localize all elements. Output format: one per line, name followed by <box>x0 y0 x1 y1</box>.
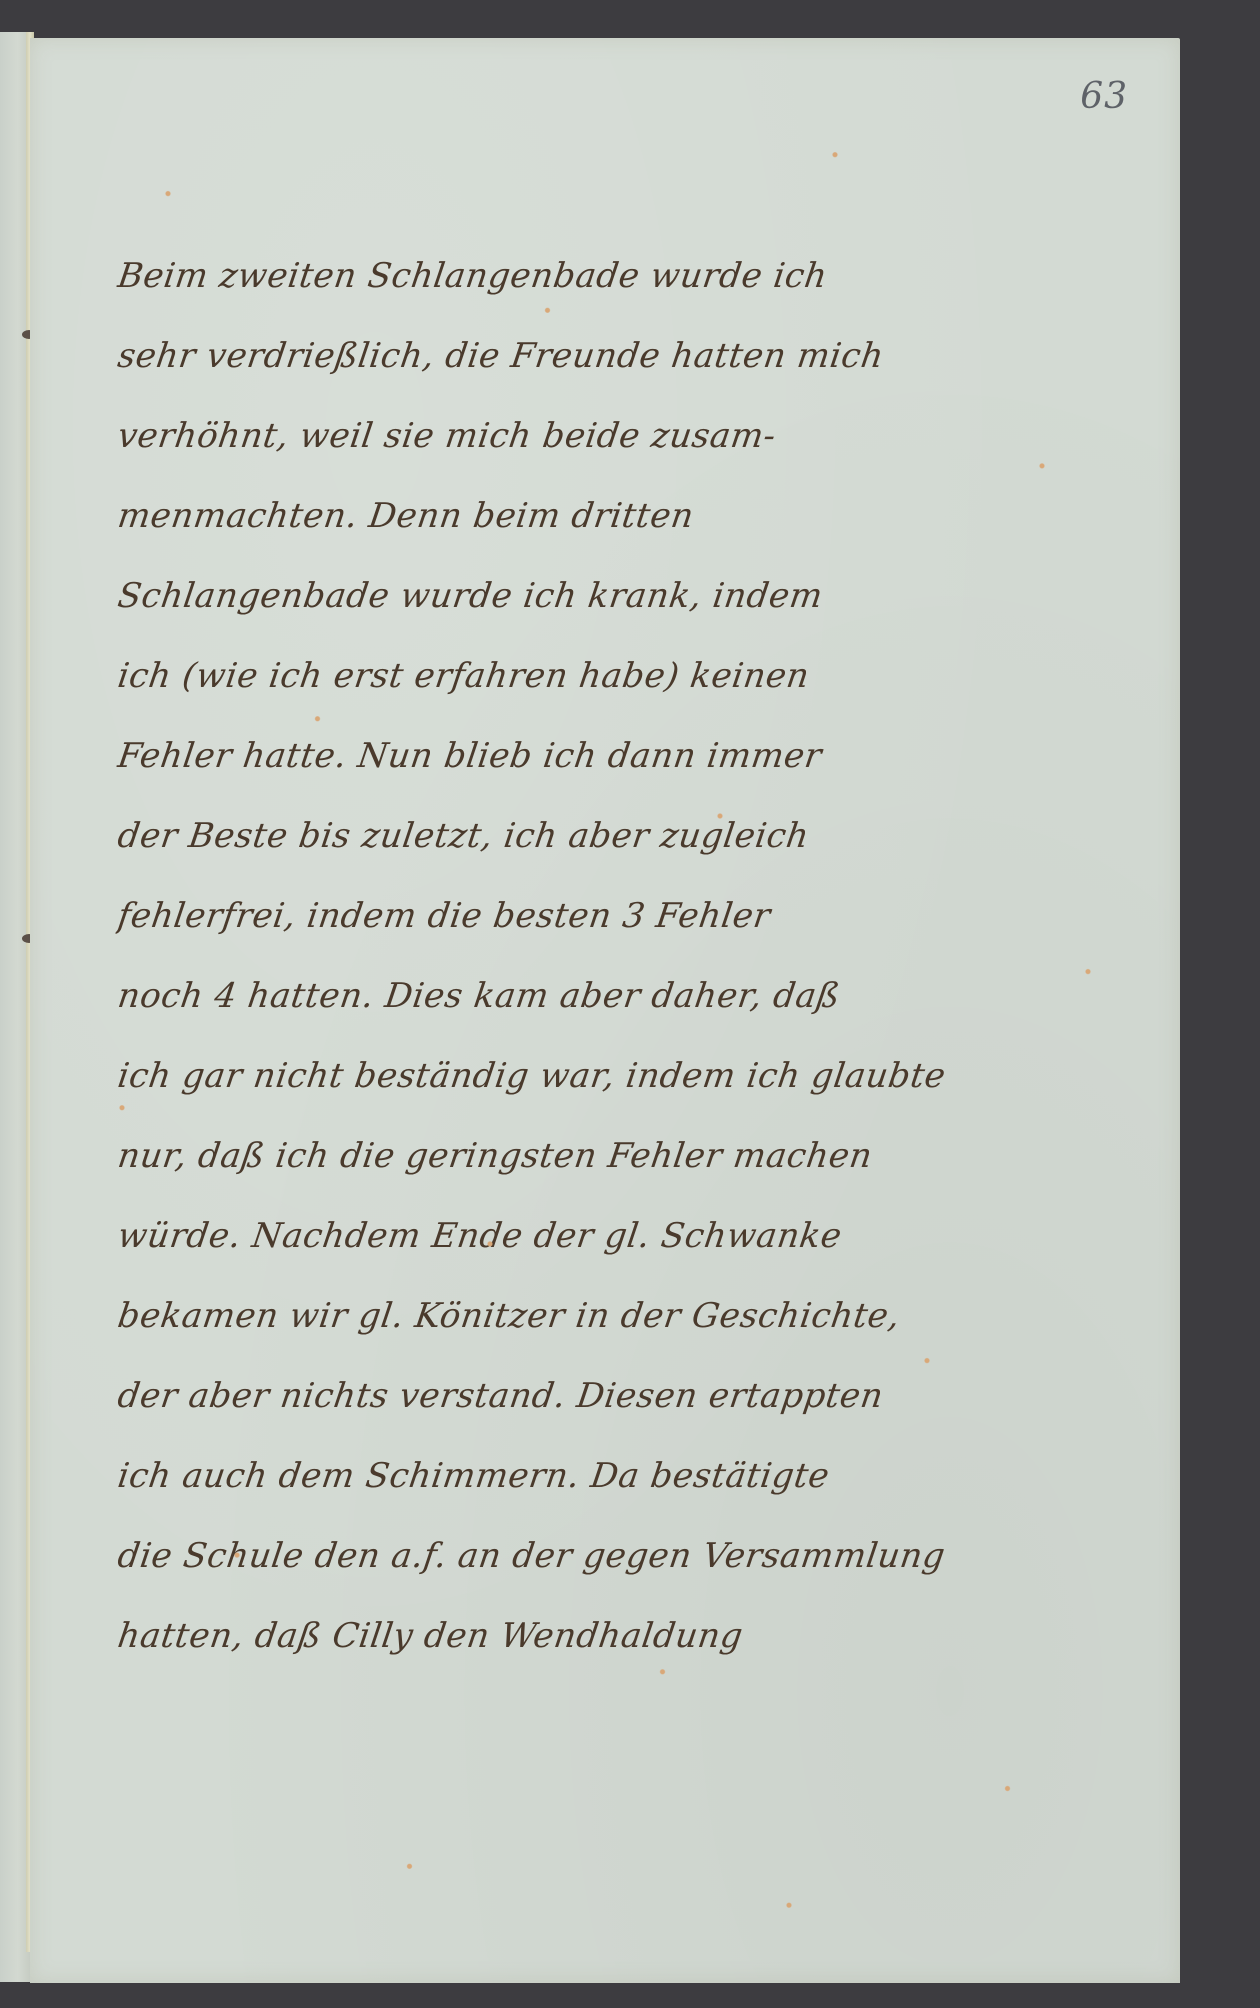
manuscript-line: sehr verdrießlich, die Freunde hatten mi… <box>112 316 1003 396</box>
manuscript-line: ich (wie ich erst erfahren habe) keinen <box>112 636 1003 716</box>
manuscript-line: der aber nichts verstand. Diesen ertappt… <box>112 1356 1003 1436</box>
page-number: 63 <box>1080 76 1128 117</box>
manuscript-line: ich gar nicht beständig war, indem ich g… <box>112 1036 1003 1116</box>
manuscript-line: noch 4 hatten. Dies kam aber daher, daß <box>112 956 1003 1036</box>
manuscript-line: hatten, daß Cilly den Wendhaldung <box>112 1596 1003 1676</box>
manuscript-line: menmachten. Denn beim dritten <box>112 476 1003 556</box>
manuscript-page: 63 Beim zweiten Schlangenbade wurde ich … <box>30 38 1180 1983</box>
handwritten-text: Beim zweiten Schlangenbade wurde ich seh… <box>118 236 998 1676</box>
manuscript-line: die Schule den a.f. an der gegen Versamm… <box>112 1516 1003 1596</box>
manuscript-line: Schlangenbade wurde ich krank, indem <box>112 556 1003 636</box>
manuscript-line: fehlerfrei, indem die besten 3 Fehler <box>112 876 1003 956</box>
manuscript-line: bekamen wir gl. Könitzer in der Geschich… <box>112 1276 1003 1356</box>
manuscript-line: Beim zweiten Schlangenbade wurde ich <box>112 236 1003 316</box>
manuscript-line: ich auch dem Schimmern. Da bestätigte <box>112 1436 1003 1516</box>
manuscript-line: der Beste bis zuletzt, ich aber zugleich <box>112 796 1003 876</box>
manuscript-line: Fehler hatte. Nun blieb ich dann immer <box>112 716 1003 796</box>
manuscript-line: nur, daß ich die geringsten Fehler mache… <box>112 1116 1003 1196</box>
manuscript-line: würde. Nachdem Ende der gl. Schwanke <box>112 1196 1003 1276</box>
manuscript-line: verhöhnt, weil sie mich beide zusam- <box>112 396 1003 476</box>
